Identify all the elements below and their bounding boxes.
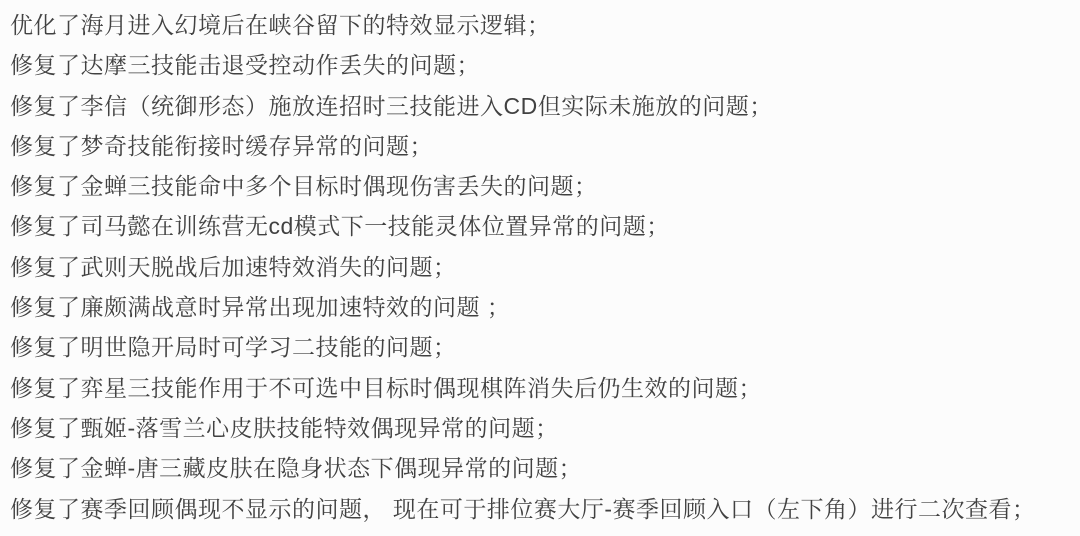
patch-note-line: 修复了司马懿在训练营无cd模式下一技能灵体位置异常的问题； xyxy=(10,206,1070,246)
patch-note-line: 修复了梦奇技能衔接时缓存异常的问题； xyxy=(10,126,1070,166)
patch-notes-page: 优化了海月进入幻境后在峡谷留下的特效显示逻辑；修复了达摩三技能击退受控动作丢失的… xyxy=(0,0,1080,536)
patch-note-line: 优化了海月进入幻境后在峡谷留下的特效显示逻辑； xyxy=(10,5,1070,45)
patch-note-line: 修复了甄姬-落雪兰心皮肤技能特效偶现异常的问题； xyxy=(10,408,1070,448)
patch-note-line: 修复了廉颇满战意时异常出现加速特效的问题 ； xyxy=(10,287,1070,327)
patch-note-line: 修复了弈星三技能作用于不可选中目标时偶现棋阵消失后仍生效的问题； xyxy=(10,368,1070,408)
patch-note-line: 修复了明世隐开局时可学习二技能的问题； xyxy=(10,327,1070,367)
patch-note-line: 修复了武则天脱战后加速特效消失的问题； xyxy=(10,247,1070,287)
patch-note-line: 修复了赛季回顾偶现不显示的问题， 现在可于排位赛大厅-赛季回顾入口（左下角）进行… xyxy=(10,489,1070,529)
patch-note-line: 修复了李信（统御形态）施放连招时三技能进入CD但实际未施放的问题； xyxy=(10,86,1070,126)
patch-notes-list: 优化了海月进入幻境后在峡谷留下的特效显示逻辑；修复了达摩三技能击退受控动作丢失的… xyxy=(10,5,1070,529)
patch-note-line: 修复了达摩三技能击退受控动作丢失的问题； xyxy=(10,45,1070,85)
patch-note-line: 修复了金蝉三技能命中多个目标时偶现伤害丢失的问题； xyxy=(10,166,1070,206)
patch-note-line: 修复了金蝉-唐三藏皮肤在隐身状态下偶现异常的问题； xyxy=(10,448,1070,488)
